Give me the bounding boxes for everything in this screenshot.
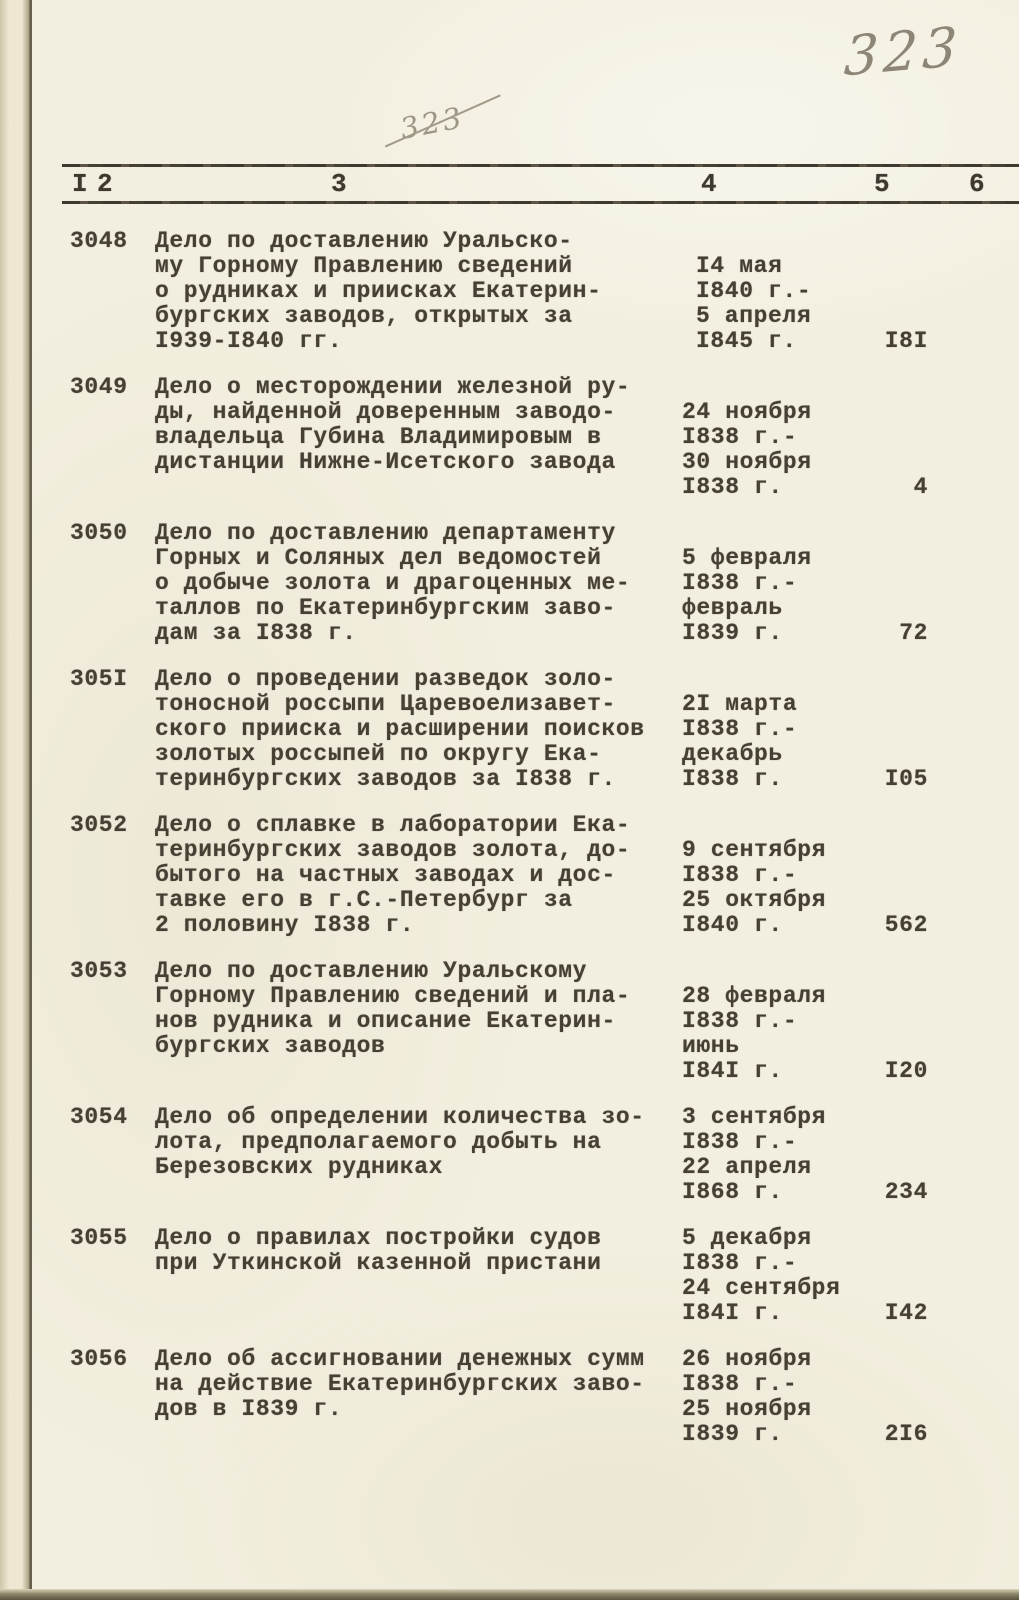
case-dates: 9 сентября I838 г.- 25 октября I840 г. [682,813,882,938]
case-page-count: 2I6 [882,1422,928,1447]
table-row: 3055 Дело о правилах постройки судов при… [70,1226,928,1326]
case-page-count: 234 [882,1180,928,1205]
case-number: 3052 [70,813,155,938]
case-dates: 3 сентября I838 г.- 22 апреля I868 г. [682,1105,882,1205]
column-header-3: 3 [331,169,347,199]
table-row: 3048 Дело по доставлению Уральско- му Го… [70,229,928,354]
case-page-count: I42 [882,1301,928,1326]
page-bottom-edge [0,1589,1019,1600]
column-header-1: I [72,169,88,199]
column-header-5: 5 [874,169,890,199]
handwritten-page-number: 323 [843,15,964,89]
table-top-rule [62,164,1019,167]
case-number: 3050 [70,521,155,646]
case-dates: 26 ноября I838 г.- 25 ноября I839 г. [682,1347,882,1447]
case-dates: 5 декабря I838 г.- 24 сентября I84I г. [682,1226,882,1326]
case-number: 3048 [70,229,155,354]
column-header-6: 6 [969,169,985,199]
case-dates: 24 ноября I838 г.- 30 ноября I838 г. [682,375,882,500]
case-number: 3056 [70,1347,155,1447]
column-header-4: 4 [701,169,717,199]
case-title: Дело о сплавке в лаборатории Ека- теринб… [155,813,682,938]
case-page-count: 562 [882,913,928,938]
case-title: Дело о месторождении железной ру- ды, на… [155,375,682,500]
case-title: Дело об ассигновании денежных сумм на де… [155,1347,682,1447]
table-row: 3054 Дело об определении количества зо- … [70,1105,928,1205]
case-title: Дело о правилах постройки судов при Утки… [155,1226,682,1326]
table-body: 3048 Дело по доставлению Уральско- му Го… [70,229,928,1468]
table-row: 3050 Дело по доставлению департаменту Го… [70,521,928,646]
table-row: 3052 Дело о сплавке в лаборатории Ека- т… [70,813,928,938]
case-number: 3053 [70,959,155,1084]
table-header-rule [62,201,1019,204]
case-dates: I4 мая I840 г.- 5 апреля I845 г. [682,229,882,354]
case-page-count: I8I [882,329,928,354]
case-dates: 2I марта I838 г.- декабрь I838 г. [682,667,882,792]
column-header-2: 2 [97,169,113,199]
case-title: Дело об определении количества зо- лота,… [155,1105,682,1205]
case-page-count: I05 [882,767,928,792]
scanned-archive-page: 323 323 I 2 3 4 5 6 3048 Дело по доставл… [0,0,1019,1600]
page-binding-edge [0,0,32,1600]
case-dates: 5 февраля I838 г.- февраль I839 г. [682,521,882,646]
case-title: Дело по доставлению Уральскому Горному П… [155,959,682,1084]
crossed-out-page-number: 323 [397,100,467,146]
table-row: 3049 Дело о месторождении железной ру- д… [70,375,928,500]
case-number: 3054 [70,1105,155,1205]
case-dates: 28 февраля I838 г.- июнь I84I г. [682,959,882,1084]
case-title: Дело о проведении разведок золо- тоносно… [155,667,682,792]
case-number: 3055 [70,1226,155,1326]
case-title: Дело по доставлению департаменту Горных … [155,521,682,646]
case-page-count: 72 [882,621,928,646]
case-number: 3049 [70,375,155,500]
table-row: 3053 Дело по доставлению Уральскому Горн… [70,959,928,1084]
case-title: Дело по доставлению Уральско- му Горному… [155,229,682,354]
case-page-count: 4 [882,475,928,500]
table-row: 3056 Дело об ассигновании денежных сумм … [70,1347,928,1447]
case-number: 305I [70,667,155,792]
table-row: 305I Дело о проведении разведок золо- то… [70,667,928,792]
case-page-count: I20 [882,1059,928,1084]
